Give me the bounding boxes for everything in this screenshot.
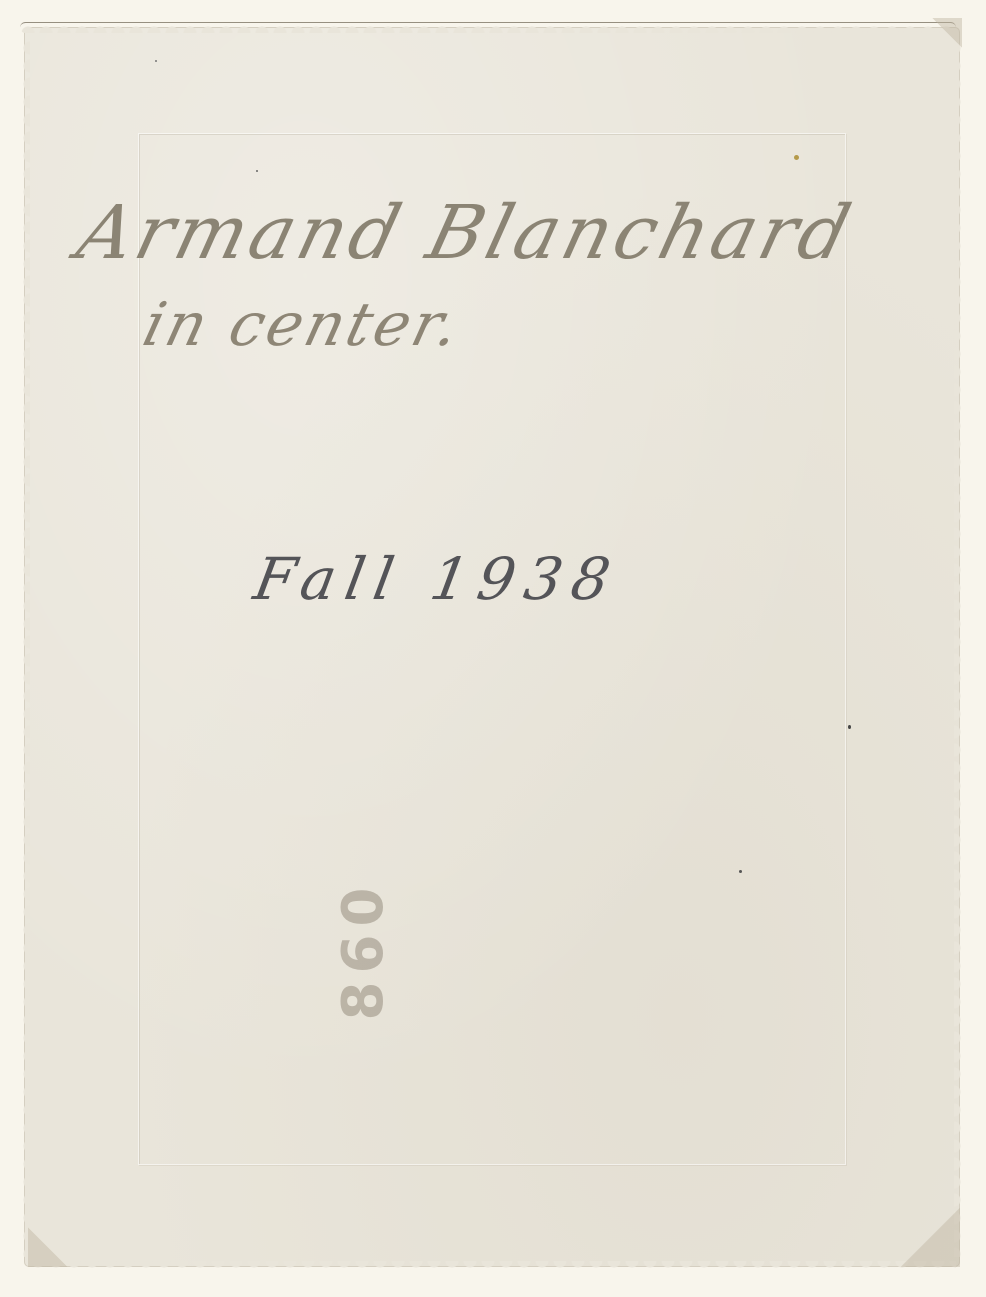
printed-stamp-number: 860	[283, 905, 443, 995]
inscription-caption: in center.	[136, 290, 469, 360]
scan-background: Armand Blanchard in center. Fall 1938 86…	[0, 0, 986, 1297]
inscription-name: Armand Blanchard	[69, 190, 862, 276]
inscription-date: Fall 1938	[249, 545, 625, 613]
